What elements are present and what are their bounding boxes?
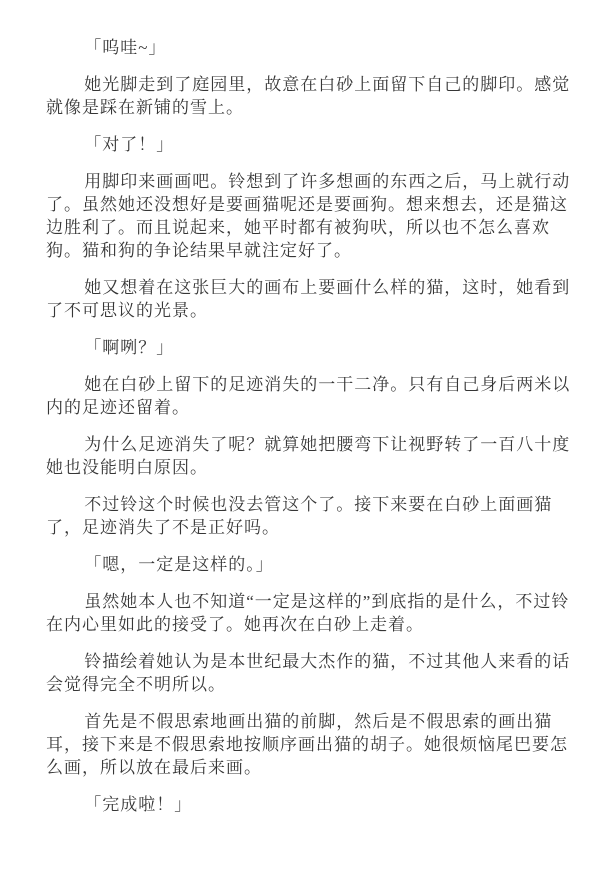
dialogue-line: 「完成啦！」 — [46, 793, 571, 816]
dialogue-line: 「啊咧？」 — [46, 336, 571, 359]
narration-paragraph: 她光脚走到了庭园里，故意在白砂上面留下自己的脚印。感觉就像是踩在新铺的雪上。 — [46, 73, 571, 119]
narration-paragraph: 铃描绘着她认为是本世纪最大杰作的猫，不过其他人来看的话会觉得完全不明所以。 — [46, 650, 571, 696]
document-page: 「呜哇~」 她光脚走到了庭园里，故意在白砂上面留下自己的脚印。感觉就像是踩在新铺… — [0, 0, 613, 869]
dialogue-line: 「嗯，一定是这样的。」 — [46, 553, 571, 576]
narration-paragraph: 首先是不假思索地画出猫的前脚，然后是不假思索的画出猫耳，接下来是不假思索地按顺序… — [46, 710, 571, 779]
dialogue-line: 「对了！」 — [46, 133, 571, 156]
dialogue-line: 「呜哇~」 — [46, 36, 571, 59]
narration-paragraph: 她又想着在这张巨大的画布上要画什么样的猫，这时，她看到了不可思议的光景。 — [46, 276, 571, 322]
narration-paragraph: 虽然她本人也不知道“一定是这样的”到底指的是什么，不过铃在内心里如此的接受了。她… — [46, 590, 571, 636]
narration-paragraph: 用脚印来画画吧。铃想到了许多想画的东西之后，马上就行动了。虽然她还没想好是要画猫… — [46, 170, 571, 262]
narration-paragraph: 为什么足迹消失了呢？就算她把腰弯下让视野转了一百八十度她也没能明白原因。 — [46, 433, 571, 479]
narration-paragraph: 她在白砂上留下的足迹消失的一干二净。只有自己身后两米以内的足迹还留着。 — [46, 373, 571, 419]
narration-paragraph: 不过铃这个时候也没去管这个了。接下来要在白砂上面画猫了，足迹消失了不是正好吗。 — [46, 493, 571, 539]
